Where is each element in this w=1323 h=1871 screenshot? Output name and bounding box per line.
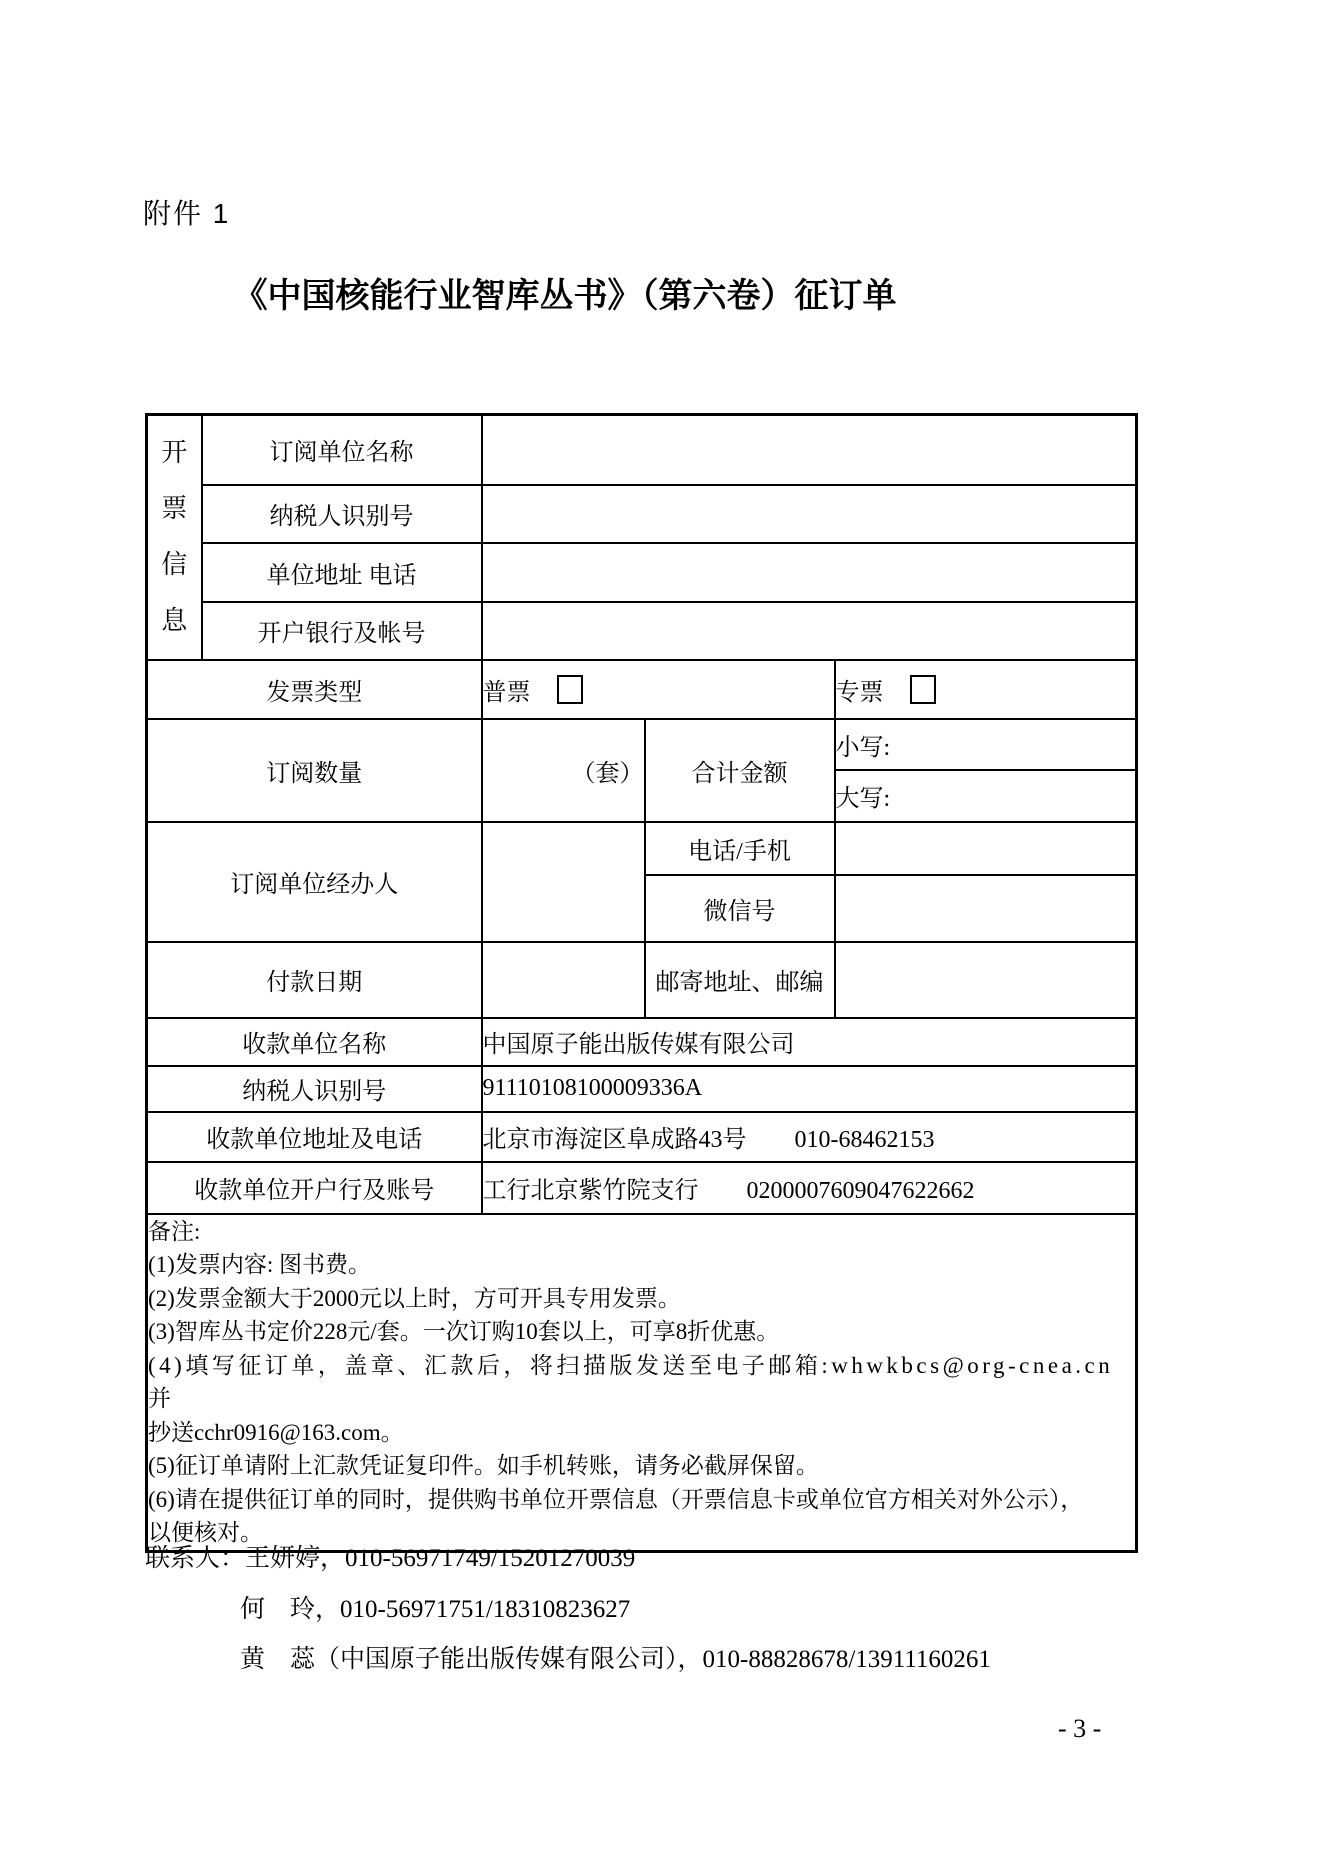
billing-info-group-label: 开票信息: [147, 415, 202, 660]
payment-date-label: 付款日期: [147, 942, 482, 1018]
phone-mobile-field: [835, 822, 1137, 875]
remarks-line-2: (2)发票金额大于2000元以上时，方可开具专用发票。: [148, 1282, 1135, 1316]
subscriber-name-field: [482, 415, 1137, 485]
document-title: 《中国核能行业智库丛书》（第六卷）征订单: [145, 268, 985, 317]
quantity-label: 订阅数量: [147, 719, 482, 822]
table-row: 订阅数量 （套） 合计金额 小写:: [147, 719, 1137, 770]
table-row: 纳税人识别号: [147, 485, 1137, 543]
contact-line-1: 联系人：王妍婷，010-56971749/15201270039: [145, 1534, 991, 1585]
total-amount-label: 合计金额: [645, 719, 835, 822]
table-row: 收款单位开户行及账号 工行北京紫竹院支行 0200007609047622662: [147, 1162, 1137, 1214]
page-number: - 3 -: [1058, 1714, 1101, 1744]
table-row: 备注: (1)发票内容: 图书费。 (2)发票金额大于2000元以上时，方可开具…: [147, 1214, 1137, 1552]
document-page: 附件 1 《中国核能行业智库丛书》（第六卷）征订单 开票信息 订阅单位名称 纳税…: [0, 0, 1323, 1871]
quantity-field: （套）: [482, 719, 645, 822]
remarks-cell: 备注: (1)发票内容: 图书费。 (2)发票金额大于2000元以上时，方可开具…: [147, 1214, 1137, 1552]
payee-bank-value: 工行北京紫竹院支行 0200007609047622662: [482, 1162, 1137, 1214]
regular-invoice-checkbox-icon: [557, 675, 583, 704]
remarks-line-3: (3)智库丛书定价228元/套。一次订购10套以上，可享8折优惠。: [148, 1315, 1135, 1349]
table-row: 纳税人识别号 91110108100009336A: [147, 1066, 1137, 1112]
special-invoice-checkbox-icon: [910, 675, 936, 704]
bank-account-field: [482, 602, 1137, 660]
contact-line-3: 黄 蕊（中国原子能出版传媒有限公司），010-88828678/13911160…: [145, 1635, 991, 1686]
table-row: 收款单位地址及电话 北京市海淀区阜成路43号 010-68462153: [147, 1112, 1137, 1162]
mailing-field: [835, 942, 1137, 1018]
regular-invoice-label: 普票: [483, 680, 531, 706]
contact-1: 王妍婷，010-56971749/15201270039: [245, 1545, 635, 1572]
unit-address-phone-label: 单位地址 电话: [202, 543, 482, 602]
unit-address-phone-field: [482, 543, 1137, 602]
remarks-line-5: (5)征订单请附上汇款凭证复印件。如手机转账，请务必截屏保留。: [148, 1449, 1135, 1483]
remarks-line-1: (1)发票内容: 图书费。: [148, 1248, 1135, 1282]
agent-field: [482, 822, 645, 942]
taxpayer-id-label: 纳税人识别号: [202, 485, 482, 543]
payee-name-value: 中国原子能出版传媒有限公司: [482, 1018, 1137, 1066]
table-row: 开户银行及帐号: [147, 602, 1137, 660]
payee-taxpayer-id-label: 纳税人识别号: [147, 1066, 482, 1112]
special-invoice-label: 专票: [836, 680, 884, 706]
remarks-line-4: (4)填写征订单，盖章、汇款后，将扫描版发送至电子邮箱:whwkbcs@org-…: [148, 1349, 1135, 1416]
subscriber-name-label: 订阅单位名称: [202, 415, 482, 485]
payee-address-label: 收款单位地址及电话: [147, 1112, 482, 1162]
amount-uppercase-cell: 大写:: [835, 770, 1137, 822]
table-row: 付款日期 邮寄地址、邮编: [147, 942, 1137, 1018]
amount-lowercase-label: 小写:: [836, 735, 891, 761]
payee-address-value: 北京市海淀区阜成路43号 010-68462153: [482, 1112, 1137, 1162]
contact-line-2: 何 玲，010-56971751/18310823627: [145, 1585, 991, 1636]
order-form-table: 开票信息 订阅单位名称 纳税人识别号 单位地址 电话 开户银行及帐号 发票类型 …: [145, 413, 1138, 1553]
table-row: 收款单位名称 中国原子能出版传媒有限公司: [147, 1018, 1137, 1066]
quantity-unit-label: （套）: [572, 761, 644, 787]
regular-invoice-cell: 普票: [482, 660, 835, 719]
payee-name-label: 收款单位名称: [147, 1018, 482, 1066]
wechat-label: 微信号: [645, 875, 835, 942]
billing-info-group-text: 开票信息: [159, 425, 189, 649]
remarks-title: 备注:: [148, 1215, 1135, 1249]
agent-label: 订阅单位经办人: [147, 822, 482, 942]
contact-3: 黄 蕊（中国原子能出版传媒有限公司），010-88828678/13911160…: [240, 1646, 991, 1673]
wechat-field: [835, 875, 1137, 942]
taxpayer-id-field: [482, 485, 1137, 543]
table-row: 单位地址 电话: [147, 543, 1137, 602]
mailing-label: 邮寄地址、邮编: [645, 942, 835, 1018]
amount-uppercase-label: 大写:: [836, 786, 891, 812]
table-row: 订阅单位经办人 电话/手机: [147, 822, 1137, 875]
phone-mobile-label: 电话/手机: [645, 822, 835, 875]
invoice-type-label: 发票类型: [147, 660, 482, 719]
attachment-label: 附件 1: [143, 192, 230, 232]
table-row: 发票类型 普票 专票: [147, 660, 1137, 719]
contacts-block: 联系人：王妍婷，010-56971749/15201270039 何 玲，010…: [145, 1534, 991, 1686]
contact-2: 何 玲，010-56971751/18310823627: [240, 1596, 630, 1623]
special-invoice-cell: 专票: [835, 660, 1137, 719]
bank-account-label: 开户银行及帐号: [202, 602, 482, 660]
remarks-line-6: (6)请在提供征订单的同时，提供购书单位开票信息（开票信息卡或单位官方相关对外公…: [148, 1483, 1135, 1517]
payee-taxpayer-id-value: 91110108100009336A: [482, 1066, 1137, 1112]
payment-date-field: [482, 942, 645, 1018]
remarks-line-4-cont: 抄送cchr0916@163.com。: [148, 1416, 1135, 1450]
amount-lowercase-cell: 小写:: [835, 719, 1137, 770]
payee-bank-label: 收款单位开户行及账号: [147, 1162, 482, 1214]
contacts-label: 联系人：: [145, 1545, 245, 1572]
table-row: 开票信息 订阅单位名称: [147, 415, 1137, 485]
